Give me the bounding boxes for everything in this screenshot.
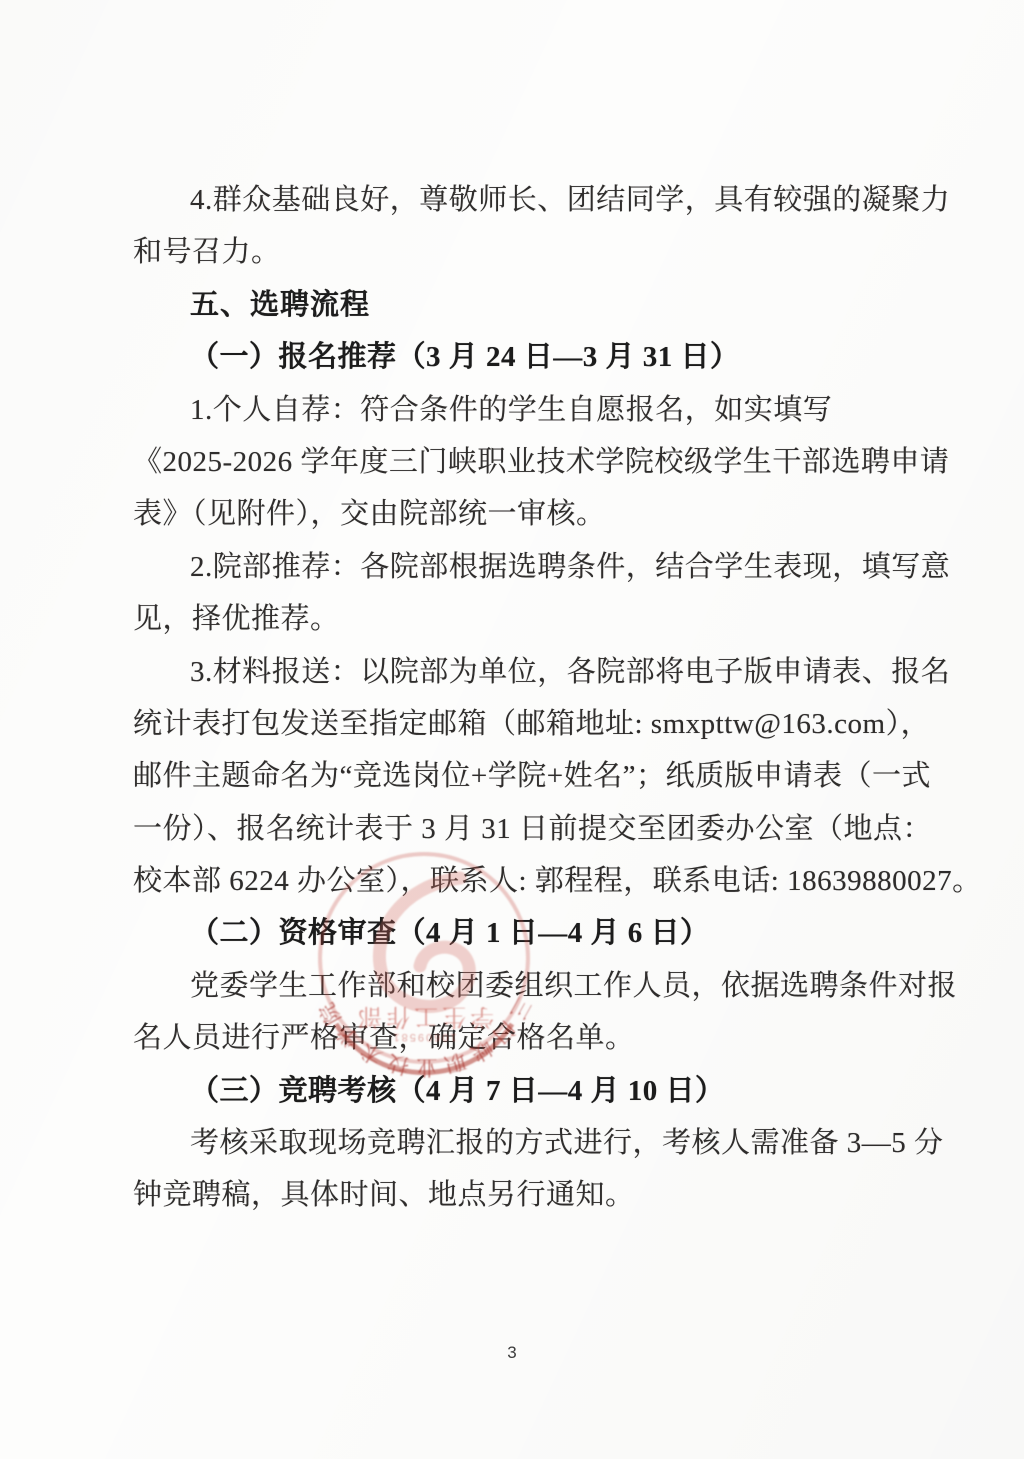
text-line: 3.材料报送：以院部为单位，各院部将电子版申请表、报名 bbox=[133, 646, 923, 698]
text-line: 钟竞聘稿，具体时间、地点另行通知。 bbox=[133, 1169, 923, 1221]
section-heading: 五、选聘流程 bbox=[133, 279, 923, 331]
text-line: 邮件主题命名为“竞选岗位+学院+姓名”；纸质版申请表（一式 bbox=[133, 750, 923, 802]
text-line: 一份）、报名统计表于 3 月 31 日前提交至团委办公室（地点： bbox=[133, 803, 923, 855]
text-line: 4.群众基础良好，尊敬师长、团结同学，具有较强的凝聚力 bbox=[133, 174, 923, 226]
text-line: 见，择优推荐。 bbox=[133, 593, 923, 645]
text-line: 校本部 6224 办公室），联系人: 郭程程，联系电话: 18639880027… bbox=[133, 855, 923, 907]
text-line: 《2025-2026 学年度三门峡职业技术学院校级学生干部选聘申请 bbox=[133, 436, 923, 488]
document-page: 4.群众基础良好，尊敬师长、团结同学，具有较强的凝聚力 和号召力。 五、选聘流程… bbox=[0, 0, 1024, 1459]
page-number: 3 bbox=[0, 1342, 1024, 1364]
document-body: 4.群众基础良好，尊敬师长、团结同学，具有较强的凝聚力 和号召力。 五、选聘流程… bbox=[133, 174, 923, 1222]
text-line: 党委学生工作部和校团委组织工作人员，依据选聘条件对报 bbox=[133, 960, 923, 1012]
text-line: 名人员进行严格审查，确定合格名单。 bbox=[133, 1012, 923, 1064]
text-line: 1.个人自荐：符合条件的学生自愿报名，如实填写 bbox=[133, 384, 923, 436]
text-line: 表》（见附件），交由院部统一审核。 bbox=[133, 488, 923, 540]
subsection-heading: （一）报名推荐（3 月 24 日—3 月 31 日） bbox=[133, 331, 923, 383]
subsection-heading: （三）竞聘考核（4 月 7 日—4 月 10 日） bbox=[133, 1065, 923, 1117]
text-line: 和号召力。 bbox=[133, 226, 923, 278]
text-line: 2.院部推荐：各院部根据选聘条件，结合学生表现，填写意 bbox=[133, 541, 923, 593]
subsection-heading: （二）资格审查（4 月 1 日—4 月 6 日） bbox=[133, 907, 923, 959]
text-line: 统计表打包发送至指定邮箱（邮箱地址: smxpttw@163.com）， bbox=[133, 698, 923, 750]
text-line: 考核采取现场竞聘汇报的方式进行，考核人需准备 3—5 分 bbox=[133, 1117, 923, 1169]
